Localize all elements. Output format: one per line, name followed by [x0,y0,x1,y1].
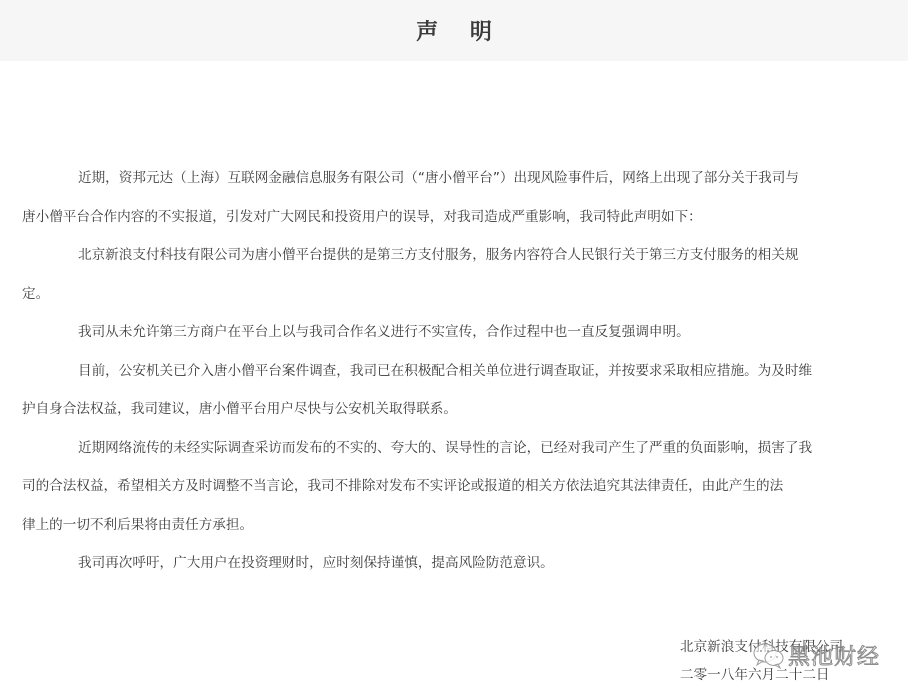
paragraph-line: 唐小僧平台合作内容的不实报道，引发对广大网民和投资用户的误导，对我司造成严重影响… [22,198,850,237]
paragraph-intro: 近期，资邦元达（上海）互联网金融信息服务有限公司（“唐小僧平台”）出现风险事件后… [50,159,850,236]
statement-body: 近期，资邦元达（上海）互联网金融信息服务有限公司（“唐小僧平台”）出现风险事件后… [50,159,850,583]
watermark: 黑池财经 [752,640,880,671]
paragraph-line: 北京新浪支付科技有限公司为唐小僧平台提供的是第三方支付服务，服务内容符合人民银行… [50,236,850,275]
paragraph-line: 我司再次呼吁，广大用户在投资理财时，应时刻保持谨慎，提高风险防范意识。 [50,544,850,583]
paragraph-appeal: 我司再次呼吁，广大用户在投资理财时，应时刻保持谨慎，提高风险防范意识。 [50,544,850,583]
paragraph-line: 近期网络流传的未经实际调查采访而发布的不实的、夸大的、误导性的言论，已经对我司产… [50,429,850,468]
watermark-text: 黑池财经 [788,640,880,671]
paragraph-no-false-promotion: 我司从未允许第三方商户在平台上以与我司合作名义进行不实宣传，合作过程中也一直反复… [50,313,850,352]
paragraph-line: 护自身合法权益，我司建议，唐小僧平台用户尽快与公安机关取得联系。 [22,390,850,429]
paragraph-line: 近期，资邦元达（上海）互联网金融信息服务有限公司（“唐小僧平台”）出现风险事件后… [50,159,850,198]
paragraph-service: 北京新浪支付科技有限公司为唐小僧平台提供的是第三方支付服务，服务内容符合人民银行… [50,236,850,313]
wechat-icon [752,642,786,670]
paragraph-police-investigation: 目前，公安机关已介入唐小僧平台案件调查，我司已在积极配合相关单位进行调查取证，并… [50,352,850,429]
paragraph-line: 定。 [22,275,850,314]
paragraph-legal-warning: 近期网络流传的未经实际调查采访而发布的不实的、夸大的、误导性的言论，已经对我司产… [50,429,850,545]
page-title: 声 明 [404,15,504,46]
title-bar: 声 明 [0,0,908,61]
paragraph-line: 司的合法权益，希望相关方及时调整不当言论，我司不排除对发布不实评论或报道的相关方… [22,467,850,506]
paragraph-line: 我司从未允许第三方商户在平台上以与我司合作名义进行不实宣传，合作过程中也一直反复… [50,313,850,352]
paragraph-line: 律上的一切不利后果将由责任方承担。 [22,506,850,545]
paragraph-line: 目前，公安机关已介入唐小僧平台案件调查，我司已在积极配合相关单位进行调查取证，并… [50,352,850,391]
